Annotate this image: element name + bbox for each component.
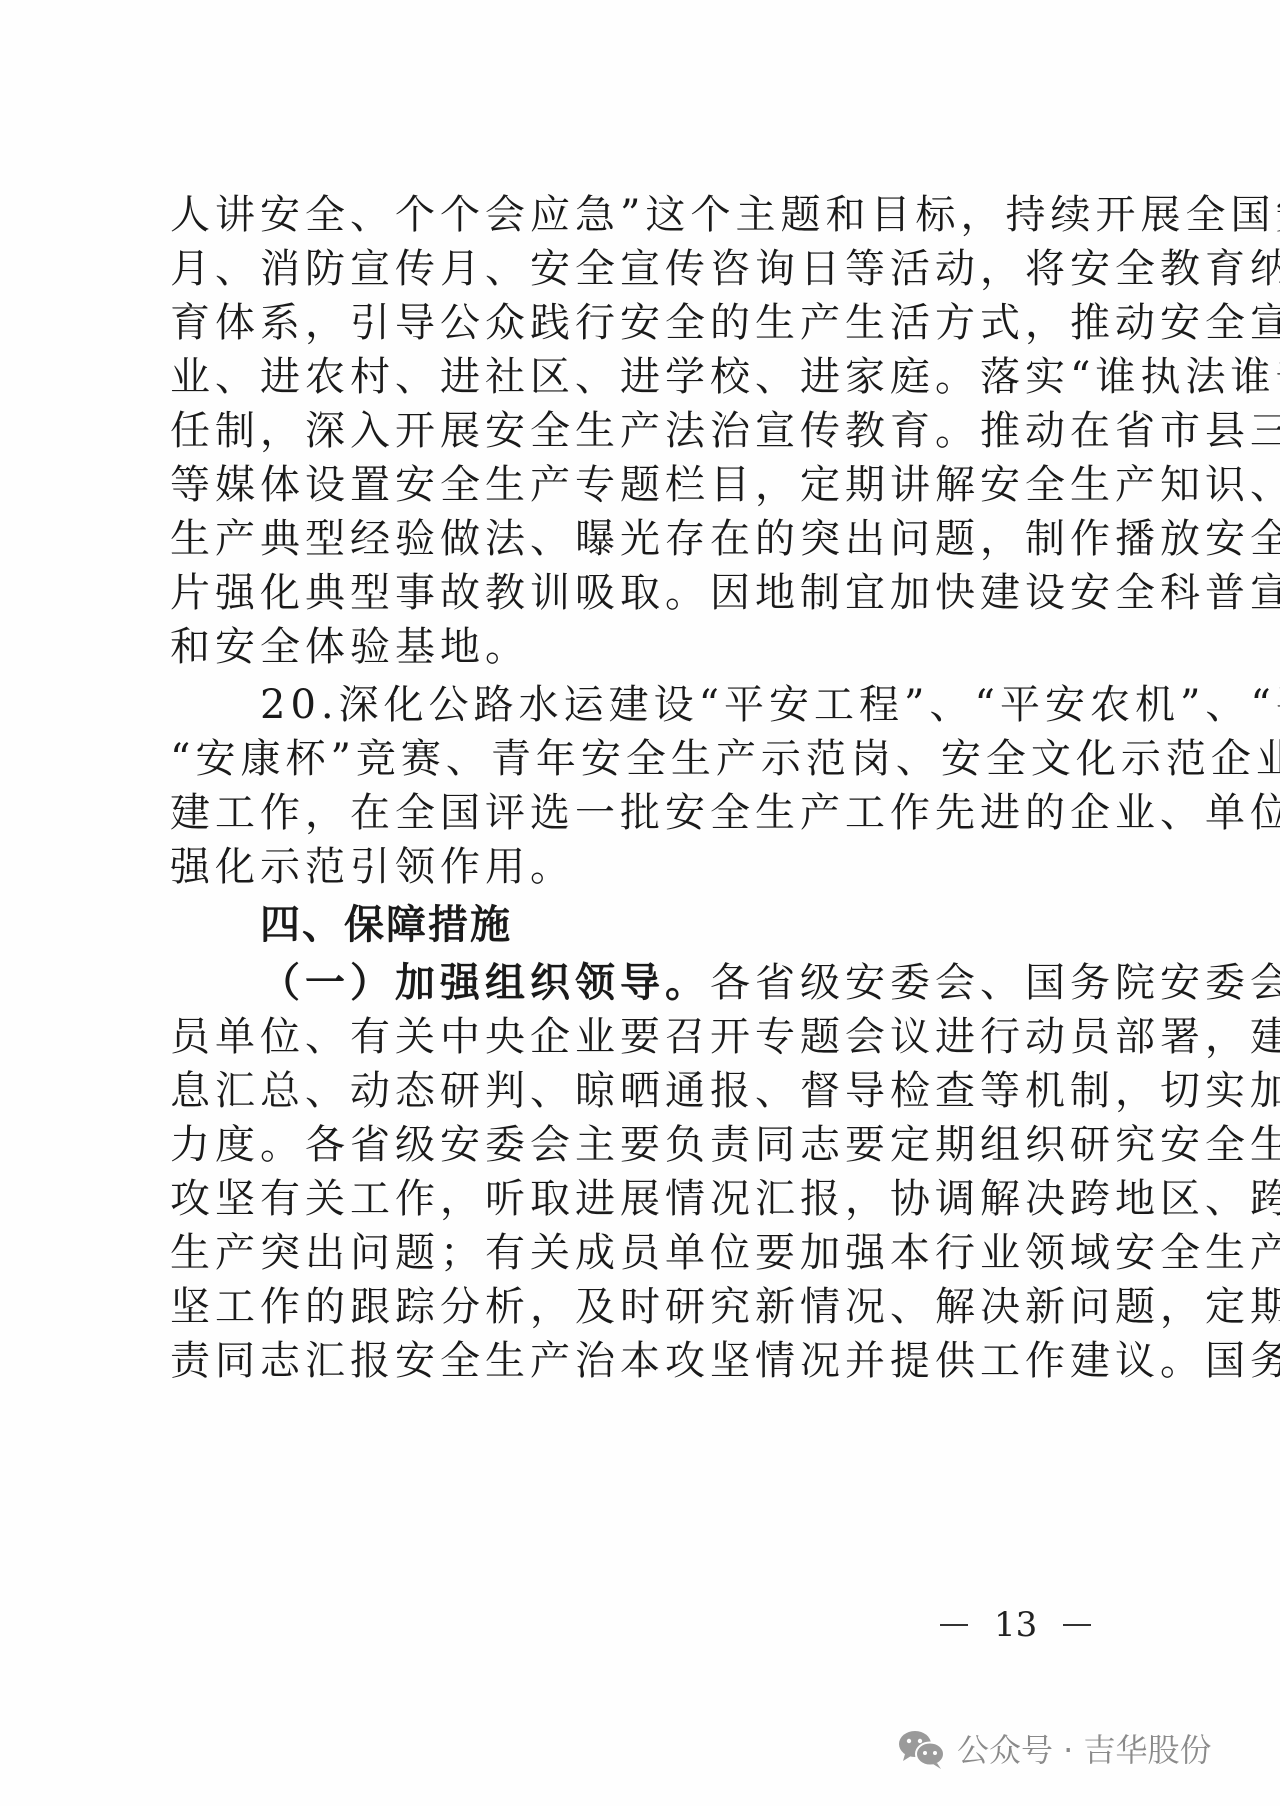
wechat-icon xyxy=(897,1728,947,1768)
body-text-line: 息汇总、动态研判、晾晒通报、督导检查等机制，切实加大督促推动 xyxy=(170,1064,1120,1118)
body-text-line: 生产典型经验做法、曝光存在的突出问题，制作播放安全警示宣传 xyxy=(170,512,1120,566)
document-page: 人讲安全、个个会应急”这个主题和目标，持续开展全国安全生产 月、消防宣传月、安全… xyxy=(0,0,1280,1806)
body-text-line: 人讲安全、个个会应急”这个主题和目标，持续开展全国安全生产 xyxy=(170,188,1120,242)
subsection-first-line: （一）加强组织领导。各省级安委会、国务院安委会各有关成 xyxy=(260,956,1120,1010)
body-text-line: 强化示范引领作用。 xyxy=(170,840,1120,894)
body-text-line: 责同志汇报安全生产治本攻坚情况并提供工作建议。国务院安委 xyxy=(170,1334,1120,1388)
section-heading: 四、保障措施 xyxy=(260,898,1120,952)
dash-left xyxy=(940,1624,968,1626)
body-text-line: 任制，深入开展安全生产法治宣传教育。推动在省市县三级电视 xyxy=(170,404,1120,458)
watermark-label: 公众号 · 吉华股份 xyxy=(957,1725,1212,1771)
body-text-line: 生产突出问题；有关成员单位要加强本行业领域安全生产治本攻 xyxy=(170,1226,1120,1280)
body-text-line: 片强化典型事故教训吸取。因地制宜加快建设安全科普宣传教育 xyxy=(170,566,1120,620)
body-text-line: “安康杯”竞赛、青年安全生产示范岗、安全文化示范企业等示范创 xyxy=(170,732,1120,786)
page-number: 13 xyxy=(940,1600,1140,1650)
body-text-line: 力度。各省级安委会主要负责同志要定期组织研究安全生产治本 xyxy=(170,1118,1120,1172)
item-20-first-line: 20.深化公路水运建设“平安工程”、“平安农机”、“平安渔业”、 xyxy=(260,678,1120,732)
body-text-line: 坚工作的跟踪分析，及时研究新情况、解决新问题，定期向分管负 xyxy=(170,1280,1120,1334)
body-text-line: 员单位、有关中央企业要召开专题会议进行动员部署，建立完善信 xyxy=(170,1010,1120,1064)
dash-right xyxy=(1063,1624,1091,1626)
body-text-line: 业、进农村、进社区、进学校、进家庭。落实“谁执法谁普法”普法责 xyxy=(170,350,1120,404)
body-text-line: 攻坚有关工作，听取进展情况汇报，协调解决跨地区、跨部门安全 xyxy=(170,1172,1120,1226)
body-text-line: 和安全体验基地。 xyxy=(170,620,1120,674)
watermark: 公众号 · 吉华股份 xyxy=(897,1725,1212,1771)
subsection-title: （一）加强组织领导。 xyxy=(260,960,710,1006)
body-text-line: 月、消防宣传月、安全宣传咨询日等活动，将安全教育纳入国民教 xyxy=(170,242,1120,296)
body-text-line: 等媒体设置安全生产专题栏目，定期讲解安全生产知识、介绍安全 xyxy=(170,458,1120,512)
body-text-line: 建工作，在全国评选一批安全生产工作先进的企业、单位和个人， xyxy=(170,786,1120,840)
page-number-value: 13 xyxy=(994,1600,1037,1650)
subsection-text: 各省级安委会、国务院安委会各有关成 xyxy=(710,960,1280,1006)
body-text-line: 育体系，引导公众践行安全的生产生活方式，推动安全宣传进企 xyxy=(170,296,1120,350)
